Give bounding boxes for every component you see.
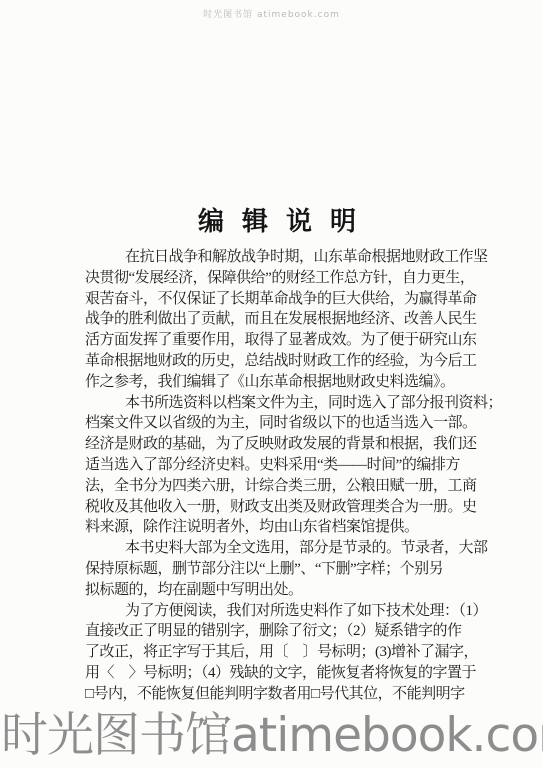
text-line: □号内，不能恢复但能判明字数者用□号代其位，不能判明字 bbox=[85, 684, 487, 705]
text-line: 料来源，除作注说明者外，均由山东省档案馆提供。 bbox=[85, 517, 487, 538]
text-line: 本书所选资料以档案文件为主，同时选入了部分报刊资料； bbox=[85, 393, 487, 414]
text-line: 艰苦奋斗，不仅保证了长期革命战争的巨大供给，为赢得革命 bbox=[85, 289, 487, 310]
book-page: 时光图书馆 atimebook.com 编辑说明 在抗日战争和解放战争时期，山东… bbox=[0, 0, 543, 768]
text-line: 直接改正了明显的错别字，删除了衍文；（2）疑系错字的作 bbox=[85, 621, 487, 642]
text-line: 决贯彻“发展经济，保障供给”的财经工作总方针，自力更生， bbox=[85, 268, 487, 289]
body-text: 在抗日战争和解放战争时期，山东革命根据地财政工作坚 决贯彻“发展经济，保障供给”… bbox=[85, 247, 487, 705]
paragraph-4: 为了方便阅读，我们对所选史料作了如下技术处理：（1） 直接改正了明显的错别字，删… bbox=[85, 601, 487, 705]
text-line: 作之参考，我们编辑了《山东革命根据地财政史料选编》。 bbox=[85, 372, 487, 393]
text-line: 法，全书分为四类六册，计综合类三册，公粮田赋一册，工商 bbox=[85, 476, 487, 497]
text-line: 用〈 〉号标明；（4）残缺的文字，能恢复者将恢复的字置于 bbox=[85, 663, 487, 684]
paragraph-3: 本书史料大部为全文选用，部分是节录的。节录者，大部 保持原标题，删节部分注以“上… bbox=[85, 538, 487, 600]
text-line: 适当选入了部分经济史料。史料采用“类——时间”的编排方 bbox=[85, 455, 487, 476]
watermark-bottom: 时光图书馆atimebook.com bbox=[1, 708, 543, 764]
text-line: 革命根据地财政的历史，总结战时财政工作的经验，为今后工 bbox=[85, 351, 487, 372]
text-line: 税收及其他收入一册，财政支出类及财政管理类合为一册。史 bbox=[85, 497, 487, 518]
text-line: 拟标题的，均在副题中写明出处。 bbox=[85, 580, 487, 601]
watermark-top: 时光图书馆 atimebook.com bbox=[0, 7, 543, 20]
text-line: 档案文件又以省级的为主，同时省级以下的也适当选入一部。 bbox=[85, 413, 487, 434]
text-line: 经济是财政的基础，为了反映财政发展的背景和根据，我们还 bbox=[85, 434, 487, 455]
text-line: 保持原标题，删节部分注以“上删”、“下删”字样；个别另 bbox=[85, 559, 487, 580]
text-line: 了改正，将正字写于其后，用〔 〕号标明；(3)增补了漏字， bbox=[85, 642, 487, 663]
text-line: 活方面发挥了重要作用，取得了显著成效。为了便于研究山东 bbox=[85, 330, 487, 351]
text-line: 在抗日战争和解放战争时期，山东革命根据地财政工作坚 bbox=[85, 247, 487, 268]
paragraph-1: 在抗日战争和解放战争时期，山东革命根据地财政工作坚 决贯彻“发展经济，保障供给”… bbox=[85, 247, 487, 393]
text-line: 本书史料大部为全文选用，部分是节录的。节录者，大部 bbox=[85, 538, 487, 559]
paragraph-2: 本书所选资料以档案文件为主，同时选入了部分报刊资料； 档案文件又以省级的为主，同… bbox=[85, 393, 487, 539]
page-title: 编辑说明 bbox=[72, 201, 482, 238]
text-line: 为了方便阅读，我们对所选史料作了如下技术处理：（1） bbox=[85, 601, 487, 622]
text-line: 战争的胜利做出了贡献，而且在发展根据地经济、改善人民生 bbox=[85, 309, 487, 330]
